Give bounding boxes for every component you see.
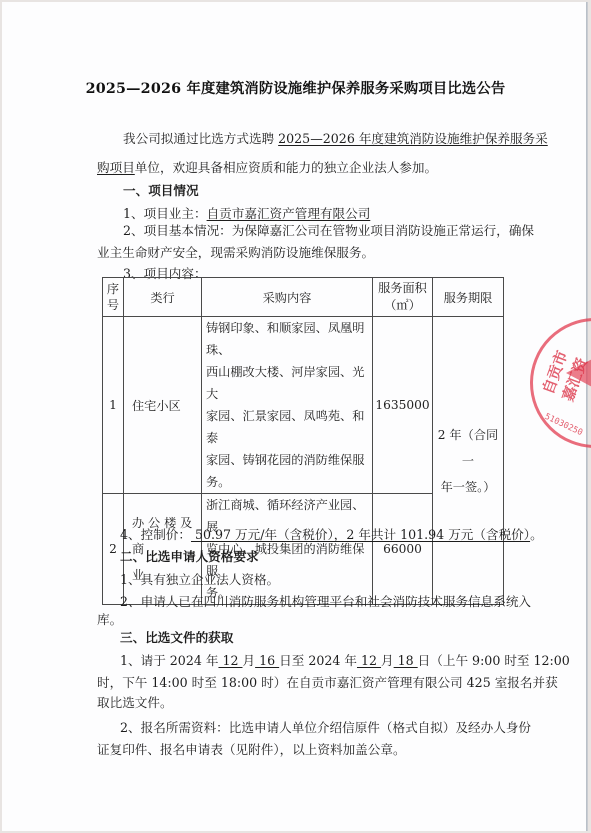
owner-name: 自贡市嘉汇资产管理有限公司 (207, 206, 371, 221)
service-period: 2 年（合同一 年一签。） (433, 317, 504, 605)
row-index: 1 (103, 317, 124, 494)
row-area: 1635000 (373, 317, 433, 494)
header-content: 采购内容 (202, 278, 373, 317)
section-heading-1: 一、项目情况 (123, 180, 199, 199)
project-name: 2025—2026 年度建筑消防设施维护保养服务采 (278, 131, 548, 146)
header-period: 服务期限 (433, 278, 504, 317)
required-materials-line-2: 证复印件、报名申请表（见附件），以上资料加盖公章。 (97, 739, 406, 758)
document-title: 2025—2026 年度建筑消防设施维护保养服务采购项目比选公告 (0, 78, 591, 98)
row-content: 铸钢印象、和顺家园、凤凰明珠、 西山棚改大楼、河岸家园、光大 家园、汇景家园、凤… (202, 317, 373, 494)
header-area: 服务面积（㎡） (373, 278, 433, 317)
intro-line-1: 我公司拟通过比选方式选聘 2025—2026 年度建筑消防设施维护保养服务采 (123, 128, 548, 147)
table-row: 1 住宅小区 铸钢印象、和顺家园、凤凰明珠、 西山棚改大楼、河岸家园、光大 家园… (103, 317, 504, 494)
registration-period-line-2: 时，下午 14:00 时至 18:00 时）在自贡市嘉汇资产管理有限公司 425… (97, 672, 558, 691)
registration-period-line-1: 1、请于 2024 年 12 月 16 日至 2024 年 12 月 18 日（… (120, 650, 570, 669)
price-value: 50.97 万元/年（含税价），2 年共计 101.94 万元（含税价） (191, 527, 530, 542)
required-materials-line-1: 2、报名所需资料：比选申请人单位介绍信原件（格式自拟）及经办人身份 (120, 717, 531, 736)
registration-period-line-3: 取比选文件。 (97, 692, 173, 711)
header-category: 类行 (124, 278, 202, 317)
basic-info-line-2: 业主生命财产安全，现需采购消防设施维保服务。 (97, 242, 374, 261)
control-price: 4、控制价： 50.97 万元/年（含税价），2 年共计 101.94 万元（含… (120, 524, 543, 543)
header-index: 序号 (103, 278, 124, 317)
table-header-row: 序号 类行 采购内容 服务面积（㎡） 服务期限 (103, 278, 504, 317)
qualification-2-line-2: 库。 (97, 609, 122, 628)
row-area: 66000 (373, 494, 433, 605)
section-heading-3: 三、比选文件的获取 (120, 627, 233, 646)
section-heading-2: 二、比选申请人资格要求 (120, 546, 259, 565)
qualification-2-line-1: 2、申请人已在四川消防服务机构管理平台和社会消防技术服务信息系统入 (120, 591, 531, 610)
qualification-1: 1、具有独立企业法人资格。 (120, 569, 279, 588)
row-category: 住宅小区 (124, 317, 202, 494)
basic-info-line-1: 2、项目基本情况：为保障嘉汇公司在管物业项目消防设施正常运行，确保 (123, 220, 534, 239)
intro-line-2: 购项目单位，欢迎具备相应资质和能力的独立企业法人参加。 (97, 157, 437, 176)
